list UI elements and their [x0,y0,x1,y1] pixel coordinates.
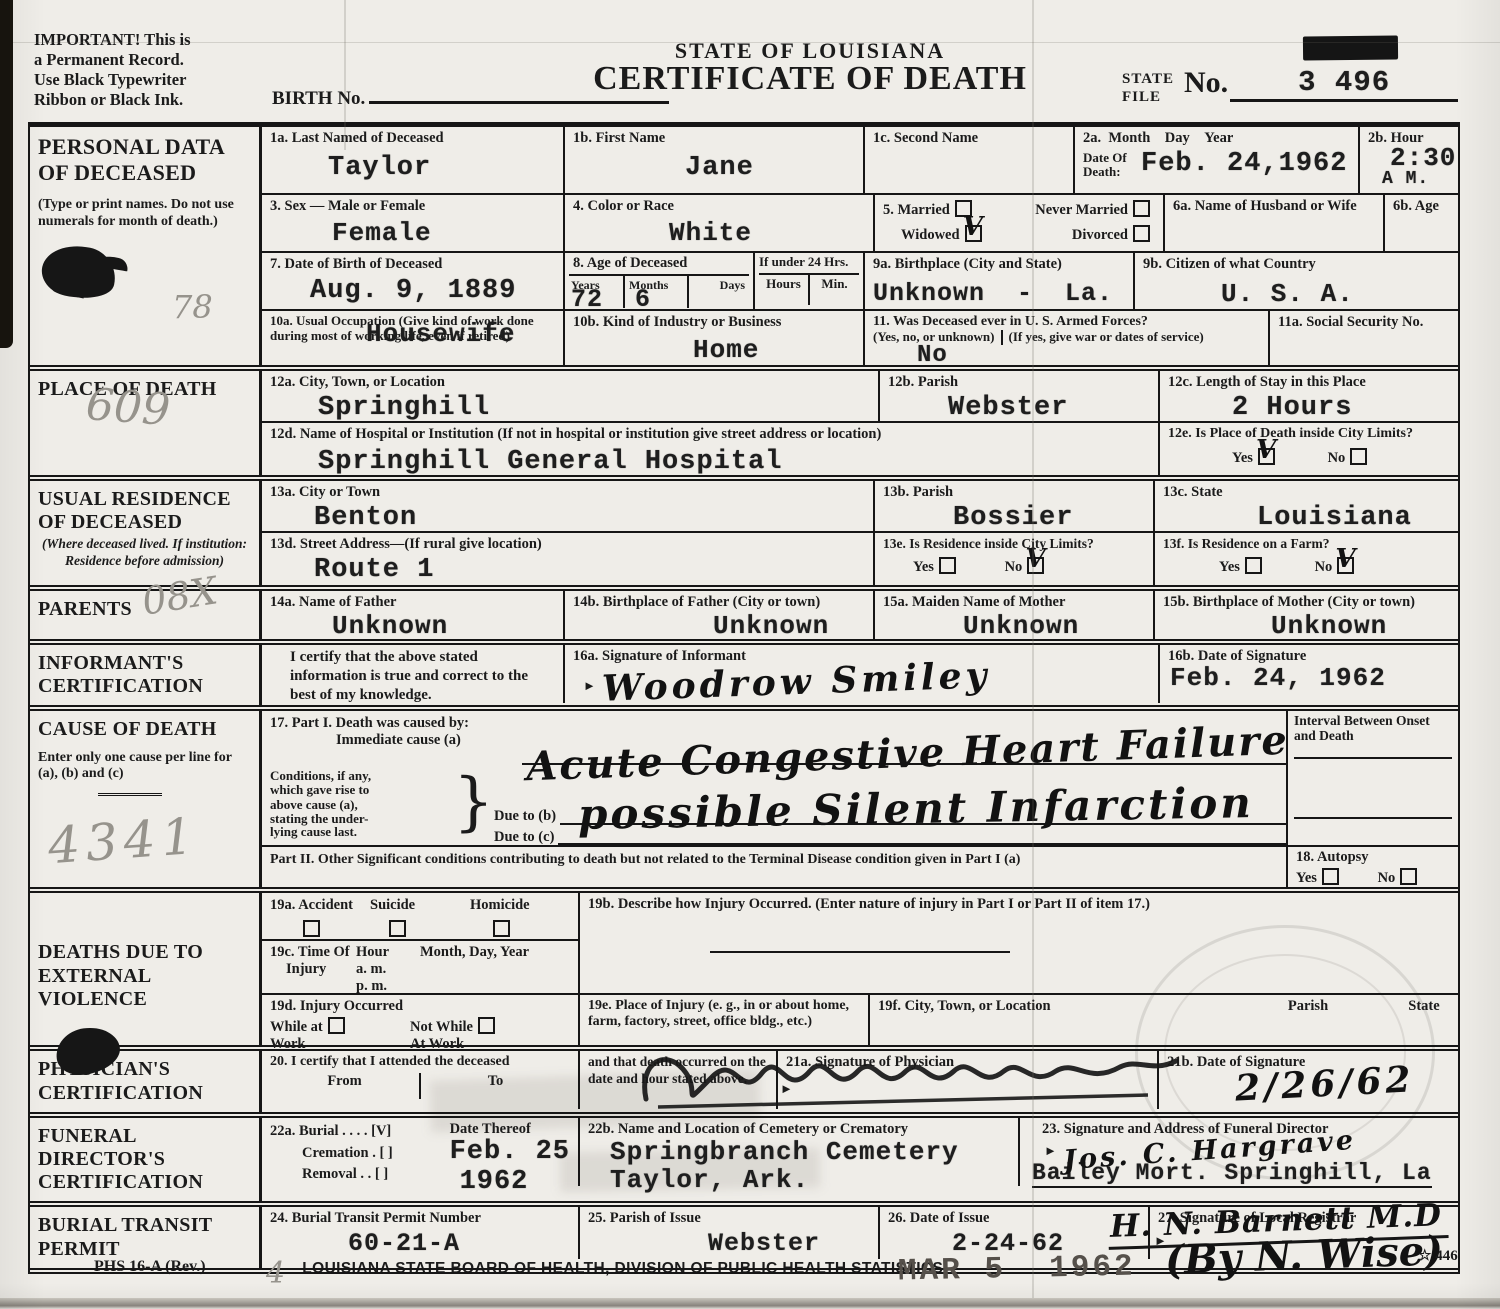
checkbox-13f-no: V [1337,557,1354,574]
section-personal-data: PERSONAL DATA OF DECEASED (Type or print… [30,127,1458,371]
checkbox-never-married [1133,200,1150,217]
cause-of-death-title: CAUSE OF DEATH [38,718,251,741]
field-13b-label: 13b. Parish [883,484,1145,501]
paper-edge [0,1298,1500,1309]
star-icon: ☆ [1418,1248,1431,1264]
field-11a-label: 11a. Social Security No. [1278,314,1450,331]
cause-line-a: 17. Part I. Death was caused by: Immedia… [270,715,1286,764]
divorced-label: Divorced [1072,227,1128,243]
state-file-number: STATE FILE No. 3 496 [1122,62,1458,106]
notice-line: Use Black Typewriter [34,70,264,90]
personal-data-label-cell: PERSONAL DATA OF DECEASED (Type or print… [30,127,262,365]
field-4: 4. Color or Race White [565,195,875,251]
work-word: Work [270,1036,305,1052]
usual-residence-label-cell: USUAL RESIDENCE OF DECEASED (Where decea… [30,481,262,585]
checkbox-12e-yes-mark: V [1256,436,1276,466]
field-2a: 2a. Month Day Year Date OfDeath: Feb. 24… [1075,127,1360,193]
part2-label: Part II. Other Significant conditions co… [270,852,1278,868]
field-12d: 12d. Name of Hospital or Institution (If… [262,423,1160,475]
yes-label: Yes [1232,450,1253,466]
cause-a-line: Acute Congestive Heart Failure [522,715,1286,764]
field-22b-value1: Springbranch Cemetery [610,1137,1010,1167]
funeral-director-label-cell: FUNERAL DIRECTOR'S CERTIFICATION [30,1118,262,1202]
never-married-label: Never Married [1035,202,1128,218]
field-22a: 22a. Burial . . . . [V] Cremation . [ ] … [262,1118,580,1186]
no-label: No [1005,559,1023,575]
date-thereof-value2: 1962 [460,1167,570,1197]
option-never-married: Never Married [1019,200,1155,219]
received-date-stamp: MAR 5 1962 [898,1250,1136,1290]
file-word: FILE [1122,88,1174,106]
field-21a: 21a. Signature of Physician ► [778,1051,1159,1109]
interval-label: Interval Between Onset and Death [1294,713,1452,743]
checkbox-13f-no-mark: V [1335,545,1355,575]
field-2a-day: Day [1165,130,1190,146]
pm-label: p. m. [356,978,387,994]
parish-column-label: Parish [1218,998,1398,1042]
field-13c-label: 13c. State [1163,484,1450,501]
usual-residence-note: (Where deceased lived. If institution: R… [38,536,251,568]
section-funeral-director: FUNERAL DIRECTOR'S CERTIFICATION 22a. Bu… [30,1118,1458,1208]
no-label: No [1315,559,1333,575]
field-6a-label: 6a. Name of Husband or Wife [1173,198,1375,215]
checkbox-13f-yes [1245,557,1262,574]
birth-no-label: BIRTH No. [272,88,365,109]
field-21a-label: 21a. Signature of Physician [786,1054,1149,1071]
from-label: From [270,1073,419,1099]
usual-residence-title: USUAL RESIDENCE OF DECEASED [38,488,251,534]
due-to-c-label: Due to (c) [494,829,554,846]
section-informant: INFORMANT'S CERTIFICATION I certify that… [30,645,1458,711]
field-5-marital-status: 5. Married Never Married WidowedV Divorc… [875,195,1165,251]
certificate-form: PERSONAL DATA OF DECEASED (Type or print… [28,122,1460,1274]
decorative-rule [98,793,162,796]
month-day-year-label: Month, Day, Year [420,944,529,994]
cause-b-line: possible Silent Infarction [560,769,1286,825]
date-thereof-value1: Feb. 25 [450,1137,570,1167]
field-13f: 13f. Is Residence on a Farm? Yes NoV [1155,533,1458,585]
yes-label: Yes [913,559,934,575]
burial-transit-title: BURIAL TRANSIT PERMIT [38,1214,251,1260]
field-1b: 1b. First Name Jane [565,127,865,193]
field-13a: 13a. City or Town Benton [262,481,875,531]
field-9a-value: Unknown - La. [873,279,1125,308]
field-18-label: 18. Autopsy [1296,849,1450,866]
funeral-director-title: FUNERAL DIRECTOR'S CERTIFICATION [38,1125,251,1195]
section-parents: PARENTS 14a. Name of Father Unknown 14b.… [30,591,1458,645]
field-22a-num: 22a. [270,1123,295,1139]
field-1b-value: Jane [685,153,855,183]
death-occurred-statement: and that death occurred on the date and … [580,1051,778,1109]
field-1a-label: 1a. Last Named of Deceased [270,130,555,147]
death-word: Death: [1083,164,1121,179]
field-14b-label: 14b. Birthplace of Father (City or town) [573,594,865,611]
pencil-note-4: 4 [266,1256,285,1291]
burial-label: Burial . . . . [299,1123,367,1139]
field-24: 24. Burial Transit Permit Number 60-21-A [262,1207,580,1259]
field-10b-value: Home [693,335,855,365]
field-9b-value: U. S. A. [1221,279,1450,309]
option-widowed: WidowedV [883,225,1019,244]
checkbox-13e-no-mark: V [1025,545,1045,575]
field-10a: 10a. Usual Occupation (Give kind of work… [262,311,565,365]
field-13e: 13e. Is Residence inside City Limits? Ye… [875,533,1155,585]
field-19a: 19a. Accident Suicide Homicide [262,893,578,941]
field-9b: 9b. Citizen of what Country U. S. A. [1135,253,1458,309]
checkbox-12e-yes: V [1258,448,1275,465]
field-19b-label: 19b. Describe how Injury Occurred. (Ente… [588,896,1450,913]
field-13b: 13b. Parish Bossier [875,481,1155,531]
field-2a-num: 2a. [1083,130,1101,146]
field-1c-label: 1c. Second Name [873,130,1065,147]
accident-label: Accident [298,897,353,913]
signature-arrow-icon: ► [1044,1143,1057,1158]
field-13c: 13c. State Louisiana [1155,481,1458,531]
field-19d: 19d. Injury Occurred While atWork Not Wh… [262,995,580,1045]
field-5-num: 5. [883,202,894,218]
field-19a-num: 19a. [270,897,295,913]
field-22b-value2: Taylor, Ark. [610,1165,1010,1195]
field-13d-value: Route 1 [314,555,865,585]
field-4-value: White [669,218,865,248]
death-certificate-document: IMPORTANT! This is a Permanent Record. U… [0,0,1500,1309]
field-19e-label: 19e. Place of Injury (e. g., in or about… [588,998,860,1029]
section-cause-of-death: CAUSE OF DEATH Enter only one cause per … [30,711,1458,893]
notice-line: IMPORTANT! This is [34,30,264,50]
file-number-value: 3 496 [1230,66,1458,102]
field-16a: 16a. Signature of Informant ►Woodrow Smi… [565,645,1160,703]
field-15b-label: 15b. Birthplace of Mother (City or town) [1163,594,1450,611]
field-2b: 2b. Hour 2:30 A M. [1360,127,1458,193]
field-3: 3. Sex — Male or Female Female [262,195,565,251]
date-of-word: Date Of [1083,150,1127,165]
field-13d: 13d. Street Address—(If rural give locat… [262,533,875,585]
paper-edge [0,0,13,348]
field-14a: 14a. Name of Father Unknown [262,591,565,639]
to-label: To [421,1073,570,1099]
field-11a: 11a. Social Security No. [1270,311,1458,365]
burial-checkbox-bracket: [V] [371,1123,391,1139]
date-thereof-label: Date Thereof [450,1121,570,1138]
field-14a-value: Unknown [332,611,555,641]
field-19f-label: 19f. City, Town, or Location [878,998,1138,1042]
field-1c: 1c. Second Name [865,127,1075,193]
field-1b-label: 1b. First Name [573,130,855,147]
notice-line: Ribbon or Black Ink. [34,90,264,110]
field-13b-value: Bossier [953,503,1145,533]
while-at-work-label: While at [270,1019,323,1035]
field-25: 25. Parish of Issue Webster [580,1207,880,1259]
part1-label: 17. Part I. Death was caused by: [270,715,522,732]
removal-label: Removal . . [302,1166,371,1182]
yes-label: Yes [1219,559,1240,575]
field-15a: 15a. Maiden Name of Mother Unknown [875,591,1155,639]
field-19d-label: 19d. Injury Occurred [270,998,570,1015]
redaction-bar [1303,36,1398,61]
pencil-note-4341: 4341 [46,807,201,875]
field-7: 7. Date of Birth of Deceased Aug. 9, 188… [262,253,565,309]
informant-label-cell: INFORMANT'S CERTIFICATION [30,645,262,705]
field-25-value: Webster [708,1229,870,1258]
registrar-deputy-signature: (By N. Wise) [1164,1227,1444,1284]
external-violence-label-cell: DEATHS DUE TO EXTERNAL VIOLENCE [30,893,262,1045]
field-12e-options: YesV No [1232,448,1450,467]
field-24-value: 60-21-A [348,1229,570,1258]
field-19c: 19c. Time OfInjury Houra. m.p. m. Month,… [262,941,578,997]
field-11-sub2: (If yes, give war or dates of service) [1001,330,1204,345]
field-16b: 16b. Date of Signature Feb. 24, 1962 [1160,645,1458,703]
field-18-options: Yes No [1296,868,1450,887]
field-7-label: 7. Date of Birth of Deceased [270,256,555,273]
min-label: Min. [810,275,859,305]
field-12c-label: 12c. Length of Stay in this Place [1168,374,1450,391]
field-3-label: 3. Sex — Male or Female [270,198,555,215]
interval-line [1294,817,1452,819]
checkbox-13e-yes [939,557,956,574]
field-8-label: 8. Age of Deceased [569,255,749,276]
checkbox-accident [303,920,320,937]
checkbox-divorced [1133,225,1150,242]
field-14b: 14b. Birthplace of Father (City or town)… [565,591,875,639]
field-12b: 12b. Parish Webster [880,371,1160,421]
option-divorced: Divorced [1019,225,1155,244]
field-12c: 12c. Length of Stay in this Place 2 Hour… [1160,371,1458,421]
field-12b-label: 12b. Parish [888,374,1150,391]
field-22b: 22b. Name and Location of Cemetery or Cr… [580,1118,1020,1186]
interval-line [1294,757,1452,759]
brace-glyph: } [453,765,494,839]
field-14b-value: Unknown [713,611,865,641]
field-2a-prefix: Date OfDeath: [1083,151,1141,180]
field-13c-value: Louisiana [1257,503,1450,533]
interval-column: Interval Between Onset and Death [1286,711,1458,845]
field-21b: 21b. Date of Signature 2/26/62 [1159,1051,1458,1109]
homicide-label: Homicide [470,897,530,913]
state-file-label: STATE FILE [1122,70,1174,106]
signature-arrow-icon: ► [780,1081,793,1097]
field-2a-month: Month [1108,130,1150,146]
field-11-label: 11. Was Deceased ever in U. S. Armed For… [873,314,1260,330]
section-place-of-death: PLACE OF DEATH 12a. City, Town, or Locat… [30,371,1458,481]
hours-label: Hours [759,275,810,305]
no-label: No [1378,870,1396,886]
field-26-label: 26. Date of Issue [888,1210,1140,1227]
at-work-word: At Work [410,1036,464,1052]
field-24-label: 24. Burial Transit Permit Number [270,1210,570,1227]
cause-of-death-note: Enter only one cause per line for (a), (… [38,750,251,784]
field-12d-label: 12d. Name of Hospital or Institution (If… [270,426,1150,443]
field-19b: 19b. Describe how Injury Occurred. (Ente… [580,893,1458,993]
field-13f-options: Yes NoV [1219,557,1450,576]
state-file-word: STATE [1122,70,1174,88]
widowed-label: Widowed [901,227,960,243]
field-8-under-24: If under 24 Hrs. Hours Min. [755,253,865,309]
field-22b-label: 22b. Name and Location of Cemetery or Cr… [588,1121,1010,1138]
notice-line: a Permanent Record. [34,50,264,70]
personal-data-note: (Type or print names. Do not use numeral… [38,197,251,231]
field-9a-label: 9a. Birthplace (City and State) [873,256,1125,273]
field-12c-value: 2 Hours [1232,393,1450,423]
checkbox-18-no [1400,868,1417,885]
removal-checkbox-bracket: [ ] [375,1166,388,1182]
cause-line-b: Conditions, if any, which gave rise to a… [270,769,1286,825]
immediate-cause-label: Immediate cause (a) [336,732,522,749]
field-19e: 19e. Place of Injury (e. g., in or about… [580,995,870,1045]
field-12b-value: Webster [948,393,1150,423]
checkbox-homicide [493,920,510,937]
part2-statement: Part II. Other Significant conditions co… [262,847,1286,887]
field-13a-label: 13a. City or Town [270,484,865,501]
checkbox-while-at-work [328,1017,345,1034]
field-16b-value: Feb. 24, 1962 [1170,663,1450,693]
married-label: Married [898,202,950,218]
field-20: 20. I certify that I attended the deceas… [262,1051,580,1109]
pencil-note-78: 78 [172,288,213,326]
field-10b-label: 10b. Kind of Industry or Business [573,314,855,331]
checkbox-widowed: V [965,225,982,242]
field-19f: 19f. City, Town, or Location Parish Stat… [870,995,1458,1045]
field-2a-year: Year [1204,130,1233,146]
under-24-label: If under 24 Hrs. [759,255,859,275]
years-value: 72 [571,285,623,314]
field-12e-label: 12e. Is Place of Death inside City Limit… [1168,426,1450,442]
cause-c-line [558,825,1286,846]
section-external-violence: DEATHS DUE TO EXTERNAL VIOLENCE 19a. Acc… [30,893,1458,1051]
suicide-label: Suicide [370,897,415,913]
field-23: 23. Signature and Address of Funeral Dir… [1020,1118,1458,1186]
field-15a-value: Unknown [963,611,1145,641]
certificate-title: CERTIFICATE OF DEATH [560,60,1060,98]
field-6b-label: 6b. Age [1393,198,1450,215]
checkbox-12e-no [1350,448,1367,465]
days-label: Days [720,278,745,292]
informant-certify-statement: I certify that the above stated informat… [262,645,565,703]
field-2a-value: Feb. 24,1962 [1141,149,1347,180]
checkbox-widowed-mark: V [963,213,983,243]
field-13f-label: 13f. Is Residence on a Farm? [1163,536,1450,551]
field-13d-label: 13d. Street Address—(If rural give locat… [270,536,865,553]
no-label: No [1328,450,1346,466]
field-15b: 15b. Birthplace of Mother (City or town)… [1155,591,1458,639]
option-married: 5. Married [883,200,1019,219]
field-25-label: 25. Parish of Issue [588,1210,870,1227]
field-15a-label: 15a. Maiden Name of Mother [883,594,1145,611]
checkbox-suicide [389,920,406,937]
field-21b-value: 2/26/62 [1234,1058,1415,1109]
signature-arrow-icon: ► [583,678,596,693]
field-6a: 6a. Name of Husband or Wife [1165,195,1385,251]
field-8-age: 8. Age of Deceased Years72 Months6 Days [565,253,755,309]
field-13a-value: Benton [314,503,865,533]
checkbox-13e-no: V [1027,557,1044,574]
star-number-value: 446 [1435,1248,1458,1264]
checkbox-18-yes [1322,868,1339,885]
field-11: 11. Was Deceased ever in U. S. Armed For… [865,311,1270,365]
cause-line-c: lying cause last. Due to (c) [270,825,1286,846]
am-label: a. m. [356,961,386,977]
field-1a-value: Taylor [328,153,555,183]
pencil-note-609: 609 [84,379,171,436]
field-12a-label: 12a. City, Town, or Location [270,374,870,391]
informant-title: INFORMANT'S CERTIFICATION [38,652,251,698]
informant-signature: Woodrow Smiley [601,654,991,710]
due-to-b-label: Due to (b) [494,808,556,825]
certify-text: I certify that the above stated informat… [290,648,555,704]
no-label: No. [1184,66,1228,100]
checkbox-not-while-at-work [478,1017,495,1034]
blank-write-line [710,951,1010,953]
field-1a: 1a. Last Named of Deceased Taylor [262,127,565,193]
personal-data-title: PERSONAL DATA OF DECEASED [38,134,251,185]
field-15b-value: Unknown [1271,611,1450,641]
field-6b: 6b. Age [1385,195,1458,251]
cremation-label: Cremation . [302,1145,376,1161]
section-physician: PHYSICIAN'S CERTIFICATION 20. I certify … [30,1051,1458,1117]
field-7-value: Aug. 9, 1889 [310,276,555,306]
header: IMPORTANT! This is a Permanent Record. U… [0,0,1500,122]
field-13e-options: Yes NoV [913,557,1145,576]
burial-transit-label-cell: BURIAL TRANSIT PERMIT [30,1207,262,1267]
not-while-at-work-label: Not While [410,1019,473,1035]
field-18-autopsy: 18. Autopsy Yes No [1286,847,1458,887]
star-number: ☆ 446 [1418,1246,1458,1265]
death-occurred-text: and that death occurred on the date and … [588,1054,768,1088]
field-9a: 9a. Birthplace (City and State) Unknown … [865,253,1135,309]
permanent-record-notice: IMPORTANT! This is a Permanent Record. U… [34,30,264,111]
field-19c-label2: Injury [286,961,326,977]
field-9b-label: 9b. Citizen of what Country [1143,256,1450,273]
field-10b: 10b. Kind of Industry or Business Home [565,311,865,365]
field-12e: 12e. Is Place of Death inside City Limit… [1160,423,1458,475]
field-13e-label: 13e. Is Residence inside City Limits? [883,536,1145,551]
section-usual-residence: USUAL RESIDENCE OF DECEASED (Where decea… [30,481,1458,591]
field-19c-label1: 19c. Time Of [270,944,350,960]
field-3-value: Female [332,218,555,248]
external-violence-title: DEATHS DUE TO EXTERNAL VIOLENCE [38,941,251,1011]
hour-label: Hour [356,944,389,960]
field-14a-label: 14a. Name of Father [270,594,555,611]
field-20-label: 20. I certify that I attended the deceas… [270,1054,570,1070]
field-11-value: No [917,342,1260,369]
yes-label: Yes [1296,870,1317,886]
field-12a: 12a. City, Town, or Location Springhill [262,371,880,421]
field-4-label: 4. Color or Race [573,198,865,215]
cremation-checkbox-bracket: [ ] [379,1145,392,1161]
field-12a-value: Springhill [318,393,870,423]
state-column-label: State [1398,998,1450,1042]
field-12d-value: Springhill General Hospital [318,447,1150,477]
